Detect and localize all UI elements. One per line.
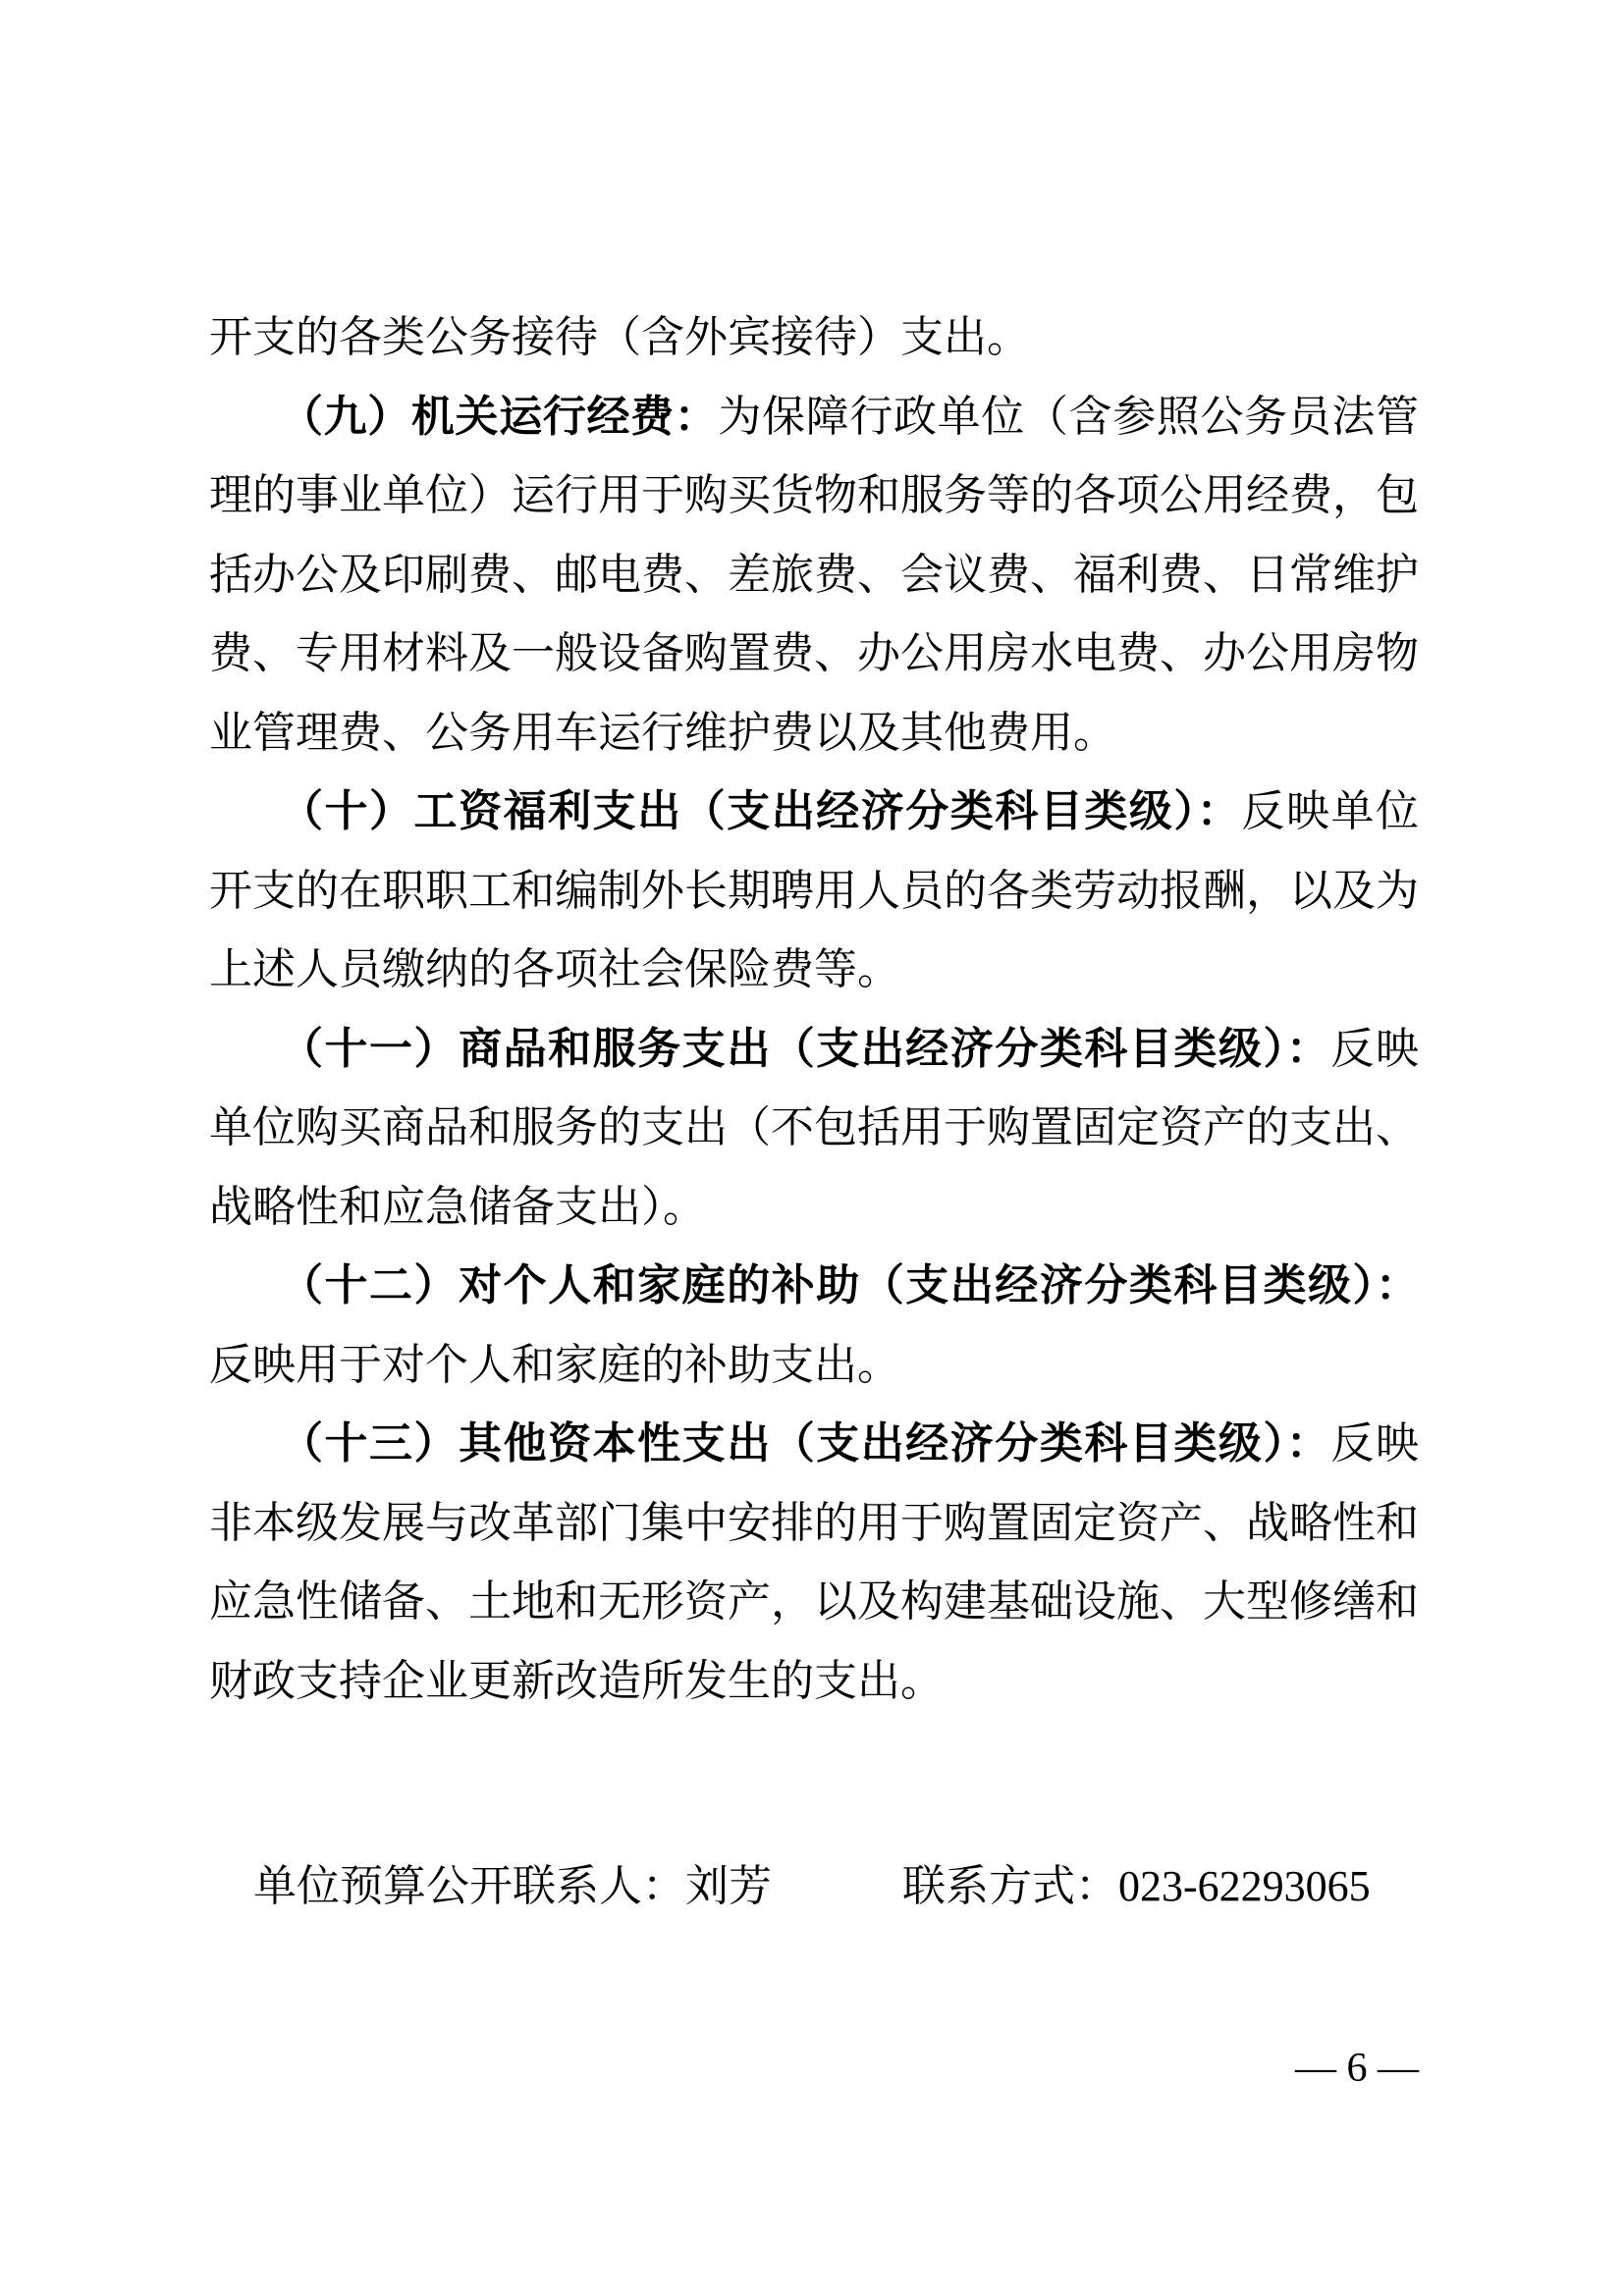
- text-segment: 反映用于对个人和家庭的补助支出。: [209, 1341, 900, 1389]
- text-segment: 单位购买商品和服务的支出（不包括用于购置固定资产的支出、: [209, 1103, 1419, 1151]
- page-number: — 6 —: [1295, 2048, 1419, 2089]
- text-line: 理的事业单位）运行用于购买货物和服务等的各项公用经费，包: [209, 456, 1419, 536]
- text-segment: 括办公及印刷费、邮电费、差旅费、会议费、福利费、日常维护: [209, 551, 1419, 599]
- lead-in-segment: （十三）其他资本性支出（支出经济分类科目类级）：: [280, 1419, 1330, 1468]
- text-line: 非本级发展与改革部门集中安排的用于购置固定资产、战略性和: [209, 1484, 1419, 1564]
- text-segment: 反映: [1330, 1419, 1419, 1468]
- text-line: 括办公及印刷费、邮电费、差旅费、会议费、福利费、日常维护: [209, 536, 1419, 615]
- contact-phone-number: 023-62293065: [1118, 1862, 1371, 1910]
- text-line: （十二）对个人和家庭的补助（支出经济分类科目类级）：: [209, 1247, 1419, 1326]
- text-line: （十）工资福利支出（支出经济分类科目类级）：反映单位: [209, 773, 1419, 852]
- text-segment: 应急性储备、土地和无形资产，以及构建基础设施、大型修缮和: [209, 1577, 1419, 1626]
- text-segment: 反映: [1330, 1025, 1419, 1073]
- text-line: 开支的各类公务接待（含外宾接待）支出。: [209, 298, 1419, 378]
- contact-person-name: 刘芳: [685, 1862, 772, 1910]
- text-line: 开支的在职职工和编制外长期聘用人员的各类劳动报酬，以及为: [209, 852, 1419, 932]
- document-body: 开支的各类公务接待（含外宾接待）支出。（九）机关运行经费：为保障行政单位（含参照…: [209, 298, 1419, 1721]
- text-segment: 开支的各类公务接待（含外宾接待）支出。: [209, 313, 1030, 361]
- lead-in-segment: （十二）对个人和家庭的补助（支出经济分类科目类级）：: [280, 1261, 1419, 1309]
- lead-in-segment: （十一）商品和服务支出（支出经济分类科目类级）：: [280, 1025, 1330, 1073]
- text-line: 业管理费、公务用车运行维护费以及其他费用。: [209, 694, 1419, 774]
- text-segment: 反映单位: [1241, 787, 1419, 835]
- text-line: 财政支持企业更新改造所发生的支出。: [209, 1642, 1419, 1722]
- document-page: 开支的各类公务接待（含外宾接待）支出。（九）机关运行经费：为保障行政单位（含参照…: [0, 0, 1624, 2296]
- text-segment: 非本级发展与改革部门集中安排的用于购置固定资产、战略性和: [209, 1499, 1419, 1547]
- contact-phone-label: 联系方式：: [902, 1862, 1118, 1910]
- contact-line: 单位预算公开联系人：刘芳联系方式：023-62293065: [209, 1847, 1419, 1927]
- text-line: 费、专用材料及一般设备购置费、办公用房水电费、办公用房物: [209, 614, 1419, 694]
- text-line: 单位购买商品和服务的支出（不包括用于购置固定资产的支出、: [209, 1089, 1419, 1168]
- text-line: 反映用于对个人和家庭的补助支出。: [209, 1326, 1419, 1406]
- text-segment: 开支的在职职工和编制外长期聘用人员的各类劳动报酬，以及为: [209, 867, 1419, 915]
- text-segment: 费、专用材料及一般设备购置费、办公用房水电费、办公用房物: [209, 629, 1419, 677]
- lead-in-segment: （十）工资福利支出（支出经济分类科目类级）：: [280, 787, 1241, 835]
- text-line: （十一）商品和服务支出（支出经济分类科目类级）：反映: [209, 1010, 1419, 1090]
- lead-in-segment: （九）机关运行经费：: [280, 393, 718, 441]
- text-line: 应急性储备、土地和无形资产，以及构建基础设施、大型修缮和: [209, 1563, 1419, 1642]
- text-segment: 理的事业单位）运行用于购买货物和服务等的各项公用经费，包: [209, 471, 1419, 519]
- text-segment: 业管理费、公务用车运行维护费以及其他费用。: [209, 709, 1116, 757]
- text-segment: 战略性和应急储备支出）。: [209, 1183, 706, 1231]
- text-line: （九）机关运行经费：为保障行政单位（含参照公务员法管: [209, 378, 1419, 457]
- text-segment: 为保障行政单位（含参照公务员法管: [718, 393, 1419, 441]
- text-segment: 财政支持企业更新改造所发生的支出。: [209, 1657, 944, 1705]
- text-line: 战略性和应急储备支出）。: [209, 1168, 1419, 1248]
- text-segment: 上述人员缴纳的各项社会保险费等。: [209, 945, 900, 993]
- text-line: 上述人员缴纳的各项社会保险费等。: [209, 931, 1419, 1010]
- text-line: （十三）其他资本性支出（支出经济分类科目类级）：反映: [209, 1405, 1419, 1484]
- contact-person-label: 单位预算公开联系人：: [253, 1862, 685, 1910]
